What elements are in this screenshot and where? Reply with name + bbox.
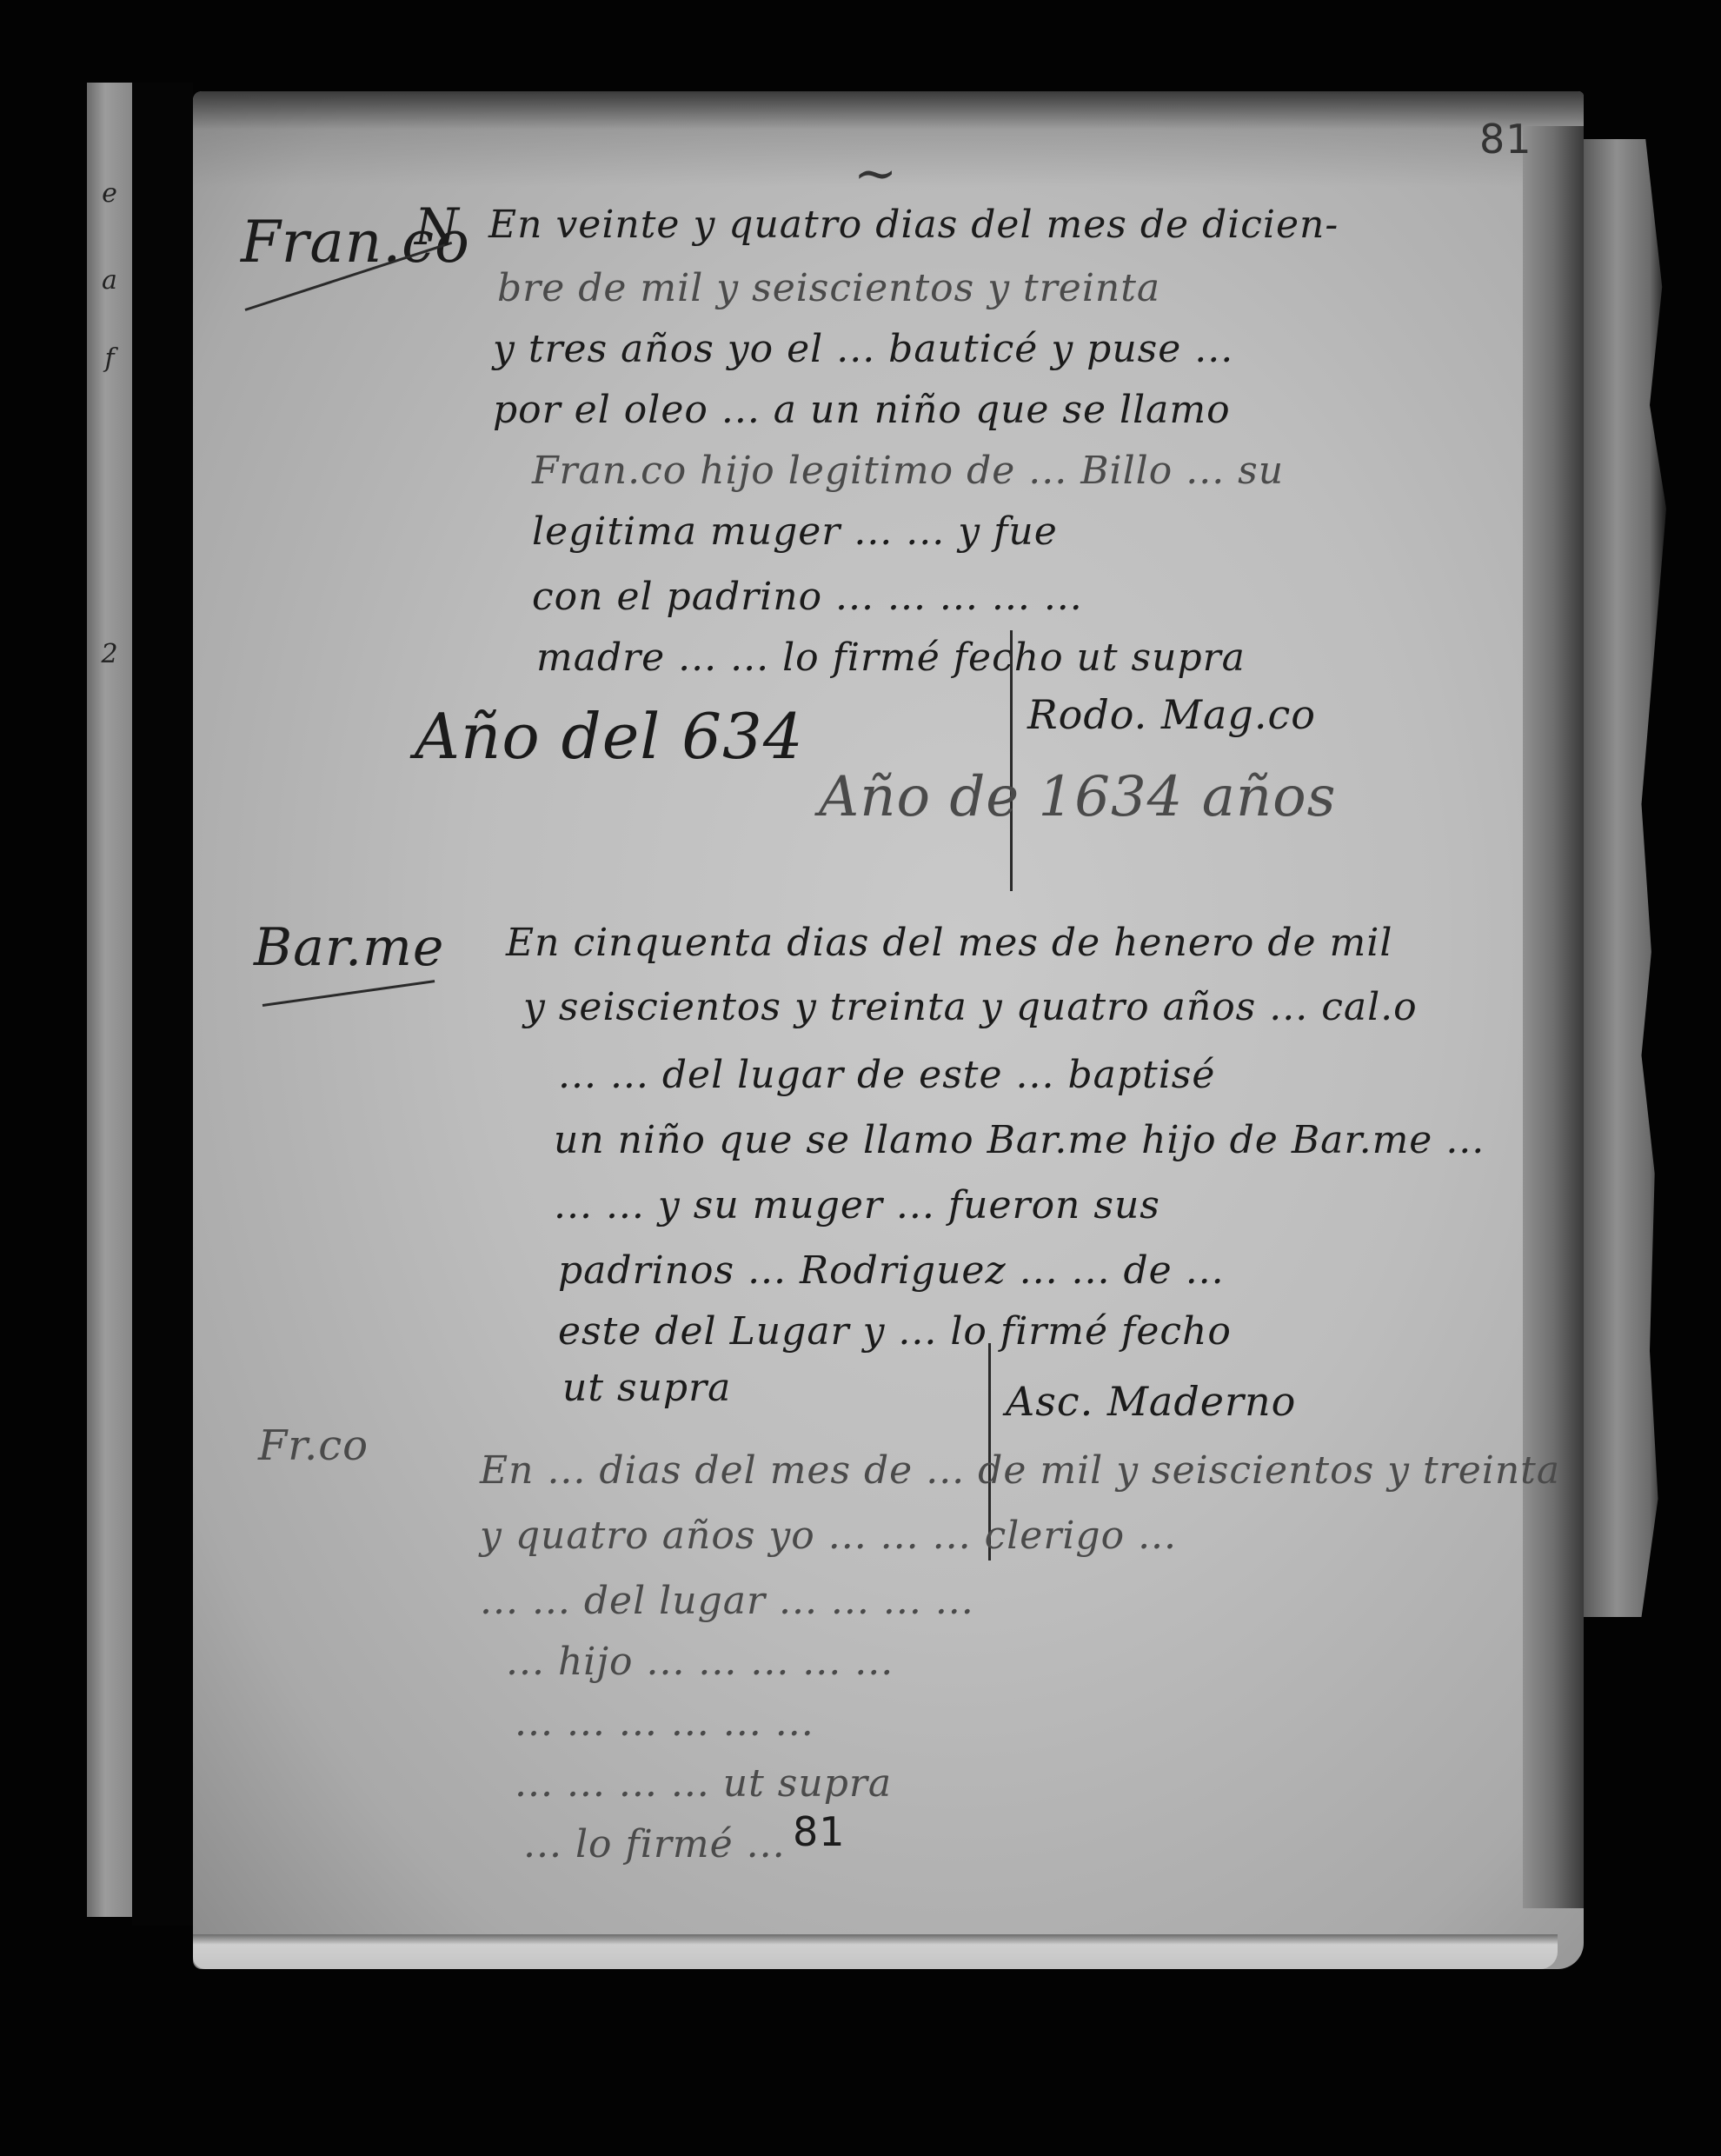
entry-1-line: Fran.co hijo legitimo de ... Billo ... s…	[532, 452, 1284, 490]
entry-3-margin-name: Fr.co	[258, 1421, 369, 1470]
spine-fragment: a	[87, 265, 132, 296]
entry-2-line: ... ... del lugar de este ... baptisé	[558, 1056, 1215, 1095]
entry-1-line: legitima muger ... ... y fue	[532, 513, 1058, 551]
entry-1-line: bre de mil y seiscientos y treinta	[497, 269, 1160, 308]
folio-number-bottom: 81	[793, 1808, 846, 1855]
signature-bracket	[1010, 630, 1013, 891]
entry-3-line: En ... dias del mes de ... de mil y seis…	[480, 1452, 1560, 1490]
entry-1-line: por el oleo ... a un niño que se llamo	[493, 391, 1231, 429]
entry-2-line: padrinos ... Rodriguez ... ... de ...	[558, 1252, 1225, 1290]
spine-fragment: 2	[87, 639, 132, 669]
entry-1-line: madre ... ... lo firmé fecho ut supra	[536, 639, 1246, 677]
entry-3-line: ... hijo ... ... ... ... ...	[506, 1643, 894, 1681]
year-heading-center: Año de 1634 años	[819, 765, 1336, 829]
entry-3-line: ... ... del lugar ... ... ... ...	[480, 1582, 974, 1620]
entry-1-marker: N	[415, 197, 460, 256]
spine-fragment: e	[87, 178, 132, 209]
entry-3-line: ... ... ... ... ut supra	[515, 1765, 892, 1803]
previous-page-edge: e a f 2	[87, 83, 132, 1917]
entry-3-line: ... lo firmé ...	[523, 1826, 786, 1864]
entry-2-line: ut supra	[562, 1369, 731, 1407]
entry-2-line: este del Lugar y ... lo firmé fecho	[558, 1313, 1232, 1351]
margin-underline	[262, 980, 435, 1007]
entry-1-line: con el padrino ... ... ... ... ...	[532, 578, 1083, 616]
entry-1-line: En veinte y quatro dias del mes de dicie…	[488, 206, 1339, 244]
folio-number-top: 81	[1479, 116, 1532, 163]
entry-2-line: ... ... y su muger ... fueron sus	[554, 1187, 1160, 1225]
entry-2-line: y seiscientos y treinta y quatro años ..…	[523, 988, 1418, 1027]
entry-2-line: En cinquenta dias del mes de henero de m…	[506, 924, 1392, 962]
spine-fragment: f	[87, 343, 132, 374]
manuscript-page: 81 ~ Fran.co N En veinte y quatro dias d…	[193, 91, 1584, 1969]
entry-2-margin-name: Bar.me	[254, 917, 444, 978]
year-heading-left: Año del 634	[415, 700, 804, 773]
page-right-edge	[1523, 126, 1584, 1908]
entry-3-line: y quatro años yo ... ... ... clerigo ...	[480, 1517, 1177, 1555]
entry-3-line: ... ... ... ... ... ...	[515, 1704, 814, 1742]
entry-2-line: un niño que se llamo Bar.me hijo de Bar.…	[554, 1121, 1485, 1160]
binding-gutter	[132, 83, 193, 1926]
entry-1-signature: Rodo. Mag.co	[1027, 691, 1316, 738]
entry-1-line: y tres años yo el ... bauticé y puse ...	[493, 330, 1233, 369]
ink-flourish: ~	[854, 143, 898, 204]
entry-2-signature: Asc. Maderno	[1006, 1378, 1296, 1425]
page-bottom-edge	[193, 1934, 1558, 1969]
